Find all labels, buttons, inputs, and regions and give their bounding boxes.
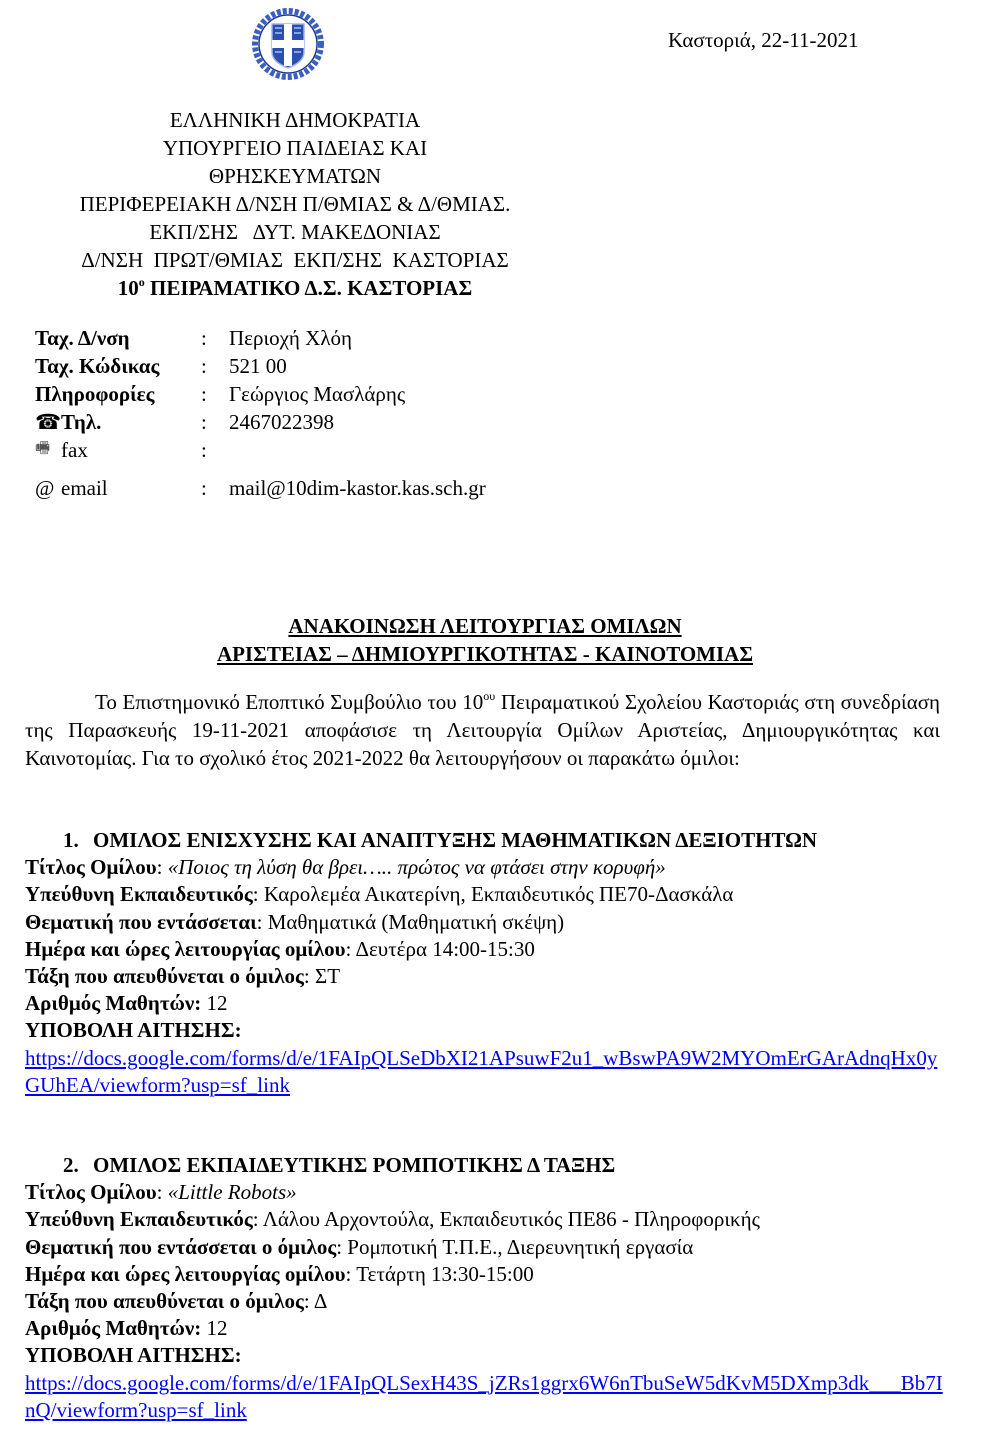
club-title: Τίτλος Ομίλου: «Ποιος τη λύση θα βρει…..… xyxy=(25,854,955,881)
contact-row-fax: 🖷fax : xyxy=(35,436,486,464)
email-address: mail@10dim-kastor.kas.sch.gr xyxy=(229,476,486,501)
application-form-link[interactable]: https://docs.google.com/forms/d/e/1FAIpQ… xyxy=(25,1370,945,1424)
club-schedule: Ημέρα και ώρες λειτουργίας ομίλου: Τετάρ… xyxy=(25,1261,955,1288)
club-section-1: 1.ΟΜΙΛΟΣ ΕΝΙΣΧΥΣΗΣ ΚΑΙ ΑΝΑΠΤΥΞΗΣ ΜΑΘΗΜΑΤ… xyxy=(25,827,955,1099)
greek-coat-of-arms-emblem-icon xyxy=(250,6,326,82)
application-form-link[interactable]: https://docs.google.com/forms/d/e/1FAIpQ… xyxy=(25,1045,945,1099)
club-grade: Τάξη που απευθύνεται ο όμιλος: Δ xyxy=(25,1288,955,1315)
club-section-2: 2.ΟΜΙΛΟΣ ΕΚΠΑΙΔΕΥΤΙΚΗΣ ΡΟΜΠΟΤΙΚΗΣ Δ ΤΑΞΗ… xyxy=(25,1152,955,1424)
header-line: ΘΡΗΣΚΕΥΜΑΤΩΝ xyxy=(40,162,550,190)
apply-label: ΥΠΟΒΟΛΗ ΑΙΤΗΣΗΣ: xyxy=(25,1342,955,1369)
header-line: ΠΕΡΙΦΕΡΕΙΑΚΗ Δ/ΝΣΗ Π/ΘΜΙΑΣ & Δ/ΘΜΙΑΣ. xyxy=(40,190,550,218)
contact-row-address: Ταχ. Δ/νση : Περιοχή Χλόη xyxy=(35,324,486,352)
header-line: ΕΛΛΗΝΙΚΗ ΔΗΜΟΚΡΑΤΙΑ xyxy=(40,106,550,134)
school-name: 10ο ΠΕΙΡΑΜΑΤΙΚΟ Δ.Σ. ΚΑΣΤΟΡΙΑΣ xyxy=(40,274,550,302)
place-date: Καστοριά, 22-11-2021 xyxy=(668,28,859,53)
contact-row-postcode: Ταχ. Κώδικας : 521 00 xyxy=(35,352,486,380)
club-teacher: Υπεύθυνη Εκπαιδευτικός: Λάλου Αρχοντούλα… xyxy=(25,1206,955,1233)
issuer-header: ΕΛΛΗΝΙΚΗ ΔΗΜΟΚΡΑΤΙΑ ΥΠΟΥΡΓΕΙΟ ΠΑΙΔΕΙΑΣ Κ… xyxy=(40,106,550,302)
contact-row-email: @email : mail@10dim-kastor.kas.sch.gr xyxy=(35,474,486,502)
club-theme: Θεματική που εντάσσεται: Μαθηματικά (Μαθ… xyxy=(25,909,955,936)
club-theme: Θεματική που εντάσσεται ο όμιλος: Ρομποτ… xyxy=(25,1234,955,1261)
contact-row-info: Πληροφορίες : Γεώργιος Μασλάρης xyxy=(35,380,486,408)
club-schedule: Ημέρα και ώρες λειτουργίας ομίλου: Δευτέ… xyxy=(25,936,955,963)
club-teacher: Υπεύθυνη Εκπαιδευτικός: Καρολεμέα Αικατε… xyxy=(25,881,955,908)
telephone-icon: ☎ xyxy=(35,410,61,435)
club-title: Τίτλος Ομίλου: «Little Robots» xyxy=(25,1179,955,1206)
club-students: Αριθμός Μαθητών: 12 xyxy=(25,990,955,1017)
club-heading: 1.ΟΜΙΛΟΣ ΕΝΙΣΧΥΣΗΣ ΚΑΙ ΑΝΑΠΤΥΞΗΣ ΜΑΘΗΜΑΤ… xyxy=(25,827,955,854)
contact-row-phone: ☎Τηλ. : 2467022398 xyxy=(35,408,486,436)
club-heading: 2.ΟΜΙΛΟΣ ΕΚΠΑΙΔΕΥΤΙΚΗΣ ΡΟΜΠΟΤΙΚΗΣ Δ ΤΑΞΗ… xyxy=(25,1152,955,1179)
intro-paragraph: Το Επιστημονικό Εποπτικό Συμβούλιο του 1… xyxy=(25,688,940,772)
apply-label: ΥΠΟΒΟΛΗ ΑΙΤΗΣΗΣ: xyxy=(25,1017,955,1044)
header-line: Δ/ΝΣΗ ΠΡΩΤ/ΘΜΙΑΣ ΕΚΠ/ΣΗΣ ΚΑΣΤΟΡΙΑΣ xyxy=(40,246,550,274)
header-line: ΕΚΠ/ΣΗΣ ΔΥΤ. ΜΑΚΕΔΟΝΙΑΣ xyxy=(40,218,550,246)
contact-info: Ταχ. Δ/νση : Περιοχή Χλόη Ταχ. Κώδικας :… xyxy=(35,324,486,502)
fax-icon: 🖷 xyxy=(35,437,61,464)
header-line: ΥΠΟΥΡΓΕΙΟ ΠΑΙΔΕΙΑΣ ΚΑΙ xyxy=(40,134,550,162)
club-grade: Τάξη που απευθύνεται ο όμιλος: ΣΤ xyxy=(25,963,955,990)
at-sign-icon: @ xyxy=(35,476,61,501)
announcement-title: ΑΝΑΚΟΙΝΩΣΗ ΛΕΙΤΟΥΡΓΙΑΣ ΟΜΙΛΩΝ ΑΡΙΣΤΕΙΑΣ … xyxy=(0,612,1000,668)
club-students: Αριθμός Μαθητών: 12 xyxy=(25,1315,955,1342)
